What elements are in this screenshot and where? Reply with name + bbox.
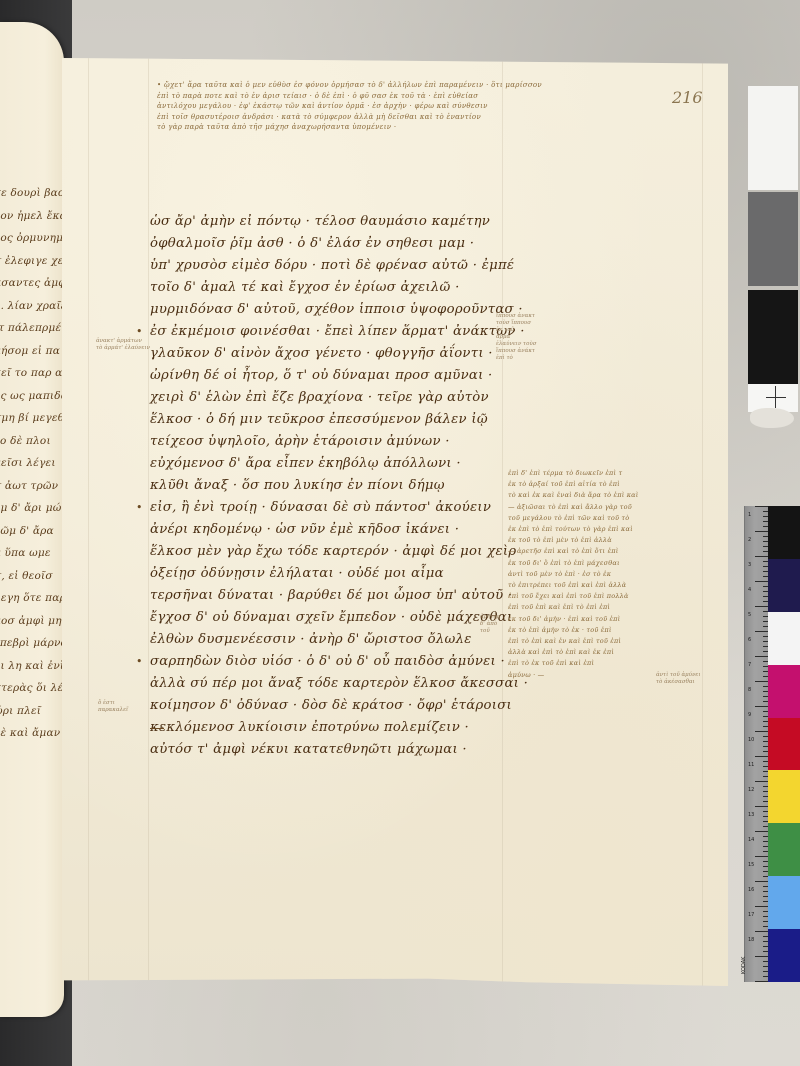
measurement-ruler: KODAK 123456789101112131415161718 bbox=[744, 506, 769, 982]
ruling-line bbox=[148, 58, 149, 986]
scholia-line: ἐκ τοῦ δι' ὃ ἐπὶ τὸ ἐπὶ μάχεσθαι bbox=[508, 558, 688, 569]
text-line-content: χειρὶ δ' ἑλὼν ἐπὶ ἔζε βραχίονα · τεῖρε γ… bbox=[150, 390, 489, 405]
text-line-content: κοίμησον δ' ὀδύνασ · δὸσ δὲ κράτοσ · ὄφρ… bbox=[150, 698, 512, 713]
scholia-line: τοῦ μεγάλου τὸ ἐπὶ τῶν καὶ τοῦ τὸ bbox=[508, 513, 688, 524]
ruler-label: 14 bbox=[748, 837, 754, 843]
left-page-line: μεῖσι λέγει bbox=[0, 457, 56, 469]
marginal-gloss-right-middle: ἀρητὴρδ' ἀπὸτοῦ bbox=[480, 614, 500, 635]
scholia-line: ἐκ τὸ ἐπὶ ἀμὴν τὸ ἐκ · τοῦ ἐπὶ bbox=[508, 625, 688, 636]
left-page-line: λεγη ὅτε παρ bbox=[0, 592, 64, 604]
ruler-label: 10 bbox=[748, 737, 754, 743]
text-line: ἕλκοσ μὲν γὰρ ἔχω τόδε καρτερόν · ἀμφὶ δ… bbox=[150, 541, 510, 563]
text-line: •σαρπηδὼν διὸσ υἱόσ · ὁ δ' οὐ δ' οὗ παιδ… bbox=[150, 651, 510, 673]
left-page-line: ἐπεβρὶ μάρνα bbox=[0, 637, 64, 649]
color-swatch-black bbox=[768, 506, 800, 559]
left-page-line: ασαντες ἀμφαλη bbox=[0, 277, 64, 289]
gray-patch-white bbox=[748, 86, 798, 190]
marginal-gloss-left-lower: ὅ ἐστιπαρακαλεῖ bbox=[98, 700, 128, 714]
left-page-line: ρον ἠμελ ἔκα bbox=[0, 210, 64, 222]
text-line: εὐχόμενοσ δ' ἄρα εἶπεν ἑκηβόλῳ ἀπόλλωνι … bbox=[150, 453, 510, 475]
text-line-content: ἐσ ἐκμέμοισ φοινέσθαι · ἔπεὶ λίπεν ἅρματ… bbox=[150, 324, 525, 339]
text-line-content: ἔγχοσ δ' οὐ δύναμαι σχεῖν ἔμπεδον · οὐδὲ… bbox=[150, 610, 512, 625]
color-swatch-yellow bbox=[768, 770, 800, 823]
ruler-tick bbox=[755, 581, 769, 582]
text-line: •ἐσ ἐκμέμοισ φοινέσθαι · ἔπεὶ λίπεν ἅρμα… bbox=[150, 321, 510, 343]
left-page-line: σ ἐλεφιγε χειρ bbox=[0, 255, 64, 267]
ruler-tick bbox=[755, 881, 769, 882]
left-page-line: ρος ὀρμυνημ bbox=[0, 232, 63, 244]
left-page-line: ώρι πλεῖ bbox=[0, 705, 41, 717]
ruler-brand: KODAK bbox=[741, 957, 747, 974]
ruler-tick bbox=[755, 831, 769, 832]
scholia-line: ἐπὶ τοῖσ θρασυτέροισ ἀνδράσι · κατὰ τὸ σ… bbox=[157, 112, 697, 123]
ruler-tick bbox=[755, 656, 769, 657]
text-line: ἐλθὼν δυσμενέεσσιν · ἀνὴρ δ' ὤριστοσ ὄλω… bbox=[150, 629, 510, 651]
text-line-content: ἀνέρι κηδομένῳ · ὡσ νῦν ἐμὲ κῆδοσ ἱκάνει… bbox=[150, 522, 459, 537]
ruler-label: 8 bbox=[748, 687, 751, 693]
top-scholia: • ᾤχετ' ἄρα ταῦτα καὶ ὁ μεν εὐθὺσ ἐσ φόν… bbox=[157, 80, 697, 133]
scholia-line: ἐπὶ τὸ ἐκ τοῦ ἐπὶ καὶ ἐπὶ bbox=[508, 658, 688, 669]
line-marker-icon: • bbox=[136, 497, 143, 519]
scholia-line: ἐπὶ τὸ ἐπὶ καὶ ἐν καὶ ἐπὶ τοῦ ἐπὶ bbox=[508, 636, 688, 647]
line-marker-icon: • bbox=[136, 651, 143, 673]
text-line-content: σαρπηδὼν διὸσ υἱόσ · ὁ δ' οὐ δ' οὗ παιδὸ… bbox=[150, 654, 505, 669]
text-line: ἀλλὰ σύ πέρ μοι ἄναξ τόδε καρτερὸν ἕλκοσ… bbox=[150, 673, 510, 695]
text-line-content: ὀφθαλμοῖσ ῥῖμ ἀσθ · ὁ δ' ἐλάσ ἐν σηθεσι … bbox=[150, 236, 474, 251]
torn-edge bbox=[750, 408, 794, 428]
scholia-line: ἐπὶ δ' ἐπὶ τέρμα τὸ διωκεῖν ἐπὶ τ bbox=[508, 468, 688, 479]
text-line-content: εὐχόμενοσ δ' ἄρα εἶπεν ἑκηβόλῳ ἀπόλλωνι … bbox=[150, 456, 461, 471]
crosshair-icon bbox=[775, 386, 776, 408]
ruler-tick bbox=[755, 931, 769, 932]
scholia-line: ἐπὶ τὸ παρὰ ποτε καὶ τὸ ἐν ἀρισ τείαισ ·… bbox=[157, 91, 697, 102]
crosshair-icon bbox=[766, 397, 786, 398]
ruler-tick bbox=[755, 606, 769, 607]
manuscript-folio: 216 • ᾤχετ' ἄρα ταῦτα καὶ ὁ μεν εὐθὺσ ἐσ… bbox=[62, 58, 728, 986]
gray-patch-mid bbox=[748, 192, 798, 286]
text-line: αὐτόσ τ' ἀμφὶ νέκυι κατατεθνηῶτι μάχωμαι… bbox=[150, 739, 510, 761]
ruling-line bbox=[702, 58, 703, 986]
text-line-content: αὐτόσ τ' ἀμφὶ νέκυι κατατεθνηῶτι μάχωμαι… bbox=[150, 742, 467, 757]
ruler-label: 4 bbox=[748, 587, 751, 593]
ruling-line bbox=[88, 58, 89, 986]
text-line-content: εἰσ, ἢ ἐνὶ τροίῃ · δύνασαι δὲ σὺ πάντοσ'… bbox=[150, 500, 491, 515]
ruler-tick bbox=[755, 731, 769, 732]
left-page-line: το δὲ πλοι bbox=[0, 435, 51, 447]
text-line-content: μυρμιδόνασ δ' αὐτοῦ, σχέθον ἱπποισ ὑψοφο… bbox=[150, 302, 523, 317]
scholia-line: τὸ ἐπιτρέπει τοῦ ἐπὶ καὶ ἐπὶ ἀλλὰ bbox=[508, 580, 688, 591]
text-line: χειρὶ δ' ἑλὼν ἐπὶ ἔζε βραχίονα · τεῖρε γ… bbox=[150, 387, 510, 409]
text-line-content: ὠρίνθη δέ οἱ ἦτορ, ὅ τ' οὐ δύναμαι προσ … bbox=[150, 368, 493, 383]
ruler-label: 13 bbox=[748, 812, 754, 818]
left-page-line: ιτ πάλεπρμέν bbox=[0, 322, 64, 334]
left-page-line: σ, εἰ θεοῖσ bbox=[0, 570, 53, 582]
text-line: ὑπ' χρυσὸσ εἰμὲσ δόρυ · ποτὶ δὲ φρένασ α… bbox=[150, 255, 510, 277]
ruler-tick bbox=[755, 556, 769, 557]
ruler-label: 15 bbox=[748, 862, 754, 868]
left-page-line: ος ως μαπιδαν bbox=[0, 390, 64, 402]
ruler-tick bbox=[755, 981, 769, 982]
left-page-line: σ ἀωτ τρῶν bbox=[0, 480, 58, 492]
ruler-label: 2 bbox=[748, 537, 751, 543]
color-swatch-blue bbox=[768, 929, 800, 982]
text-line-content: ὡσ ἄρ' ἀμὴν εἰ πόντῳ · τέλοσ θαυμάσιο κα… bbox=[150, 214, 490, 229]
left-page-fragment: πε δουρὶ βασιλρον ἠμελ ἔκαρος ὀρμυνημσ ἐ… bbox=[0, 22, 64, 1017]
color-swatch-white bbox=[768, 612, 800, 665]
text-line-content: ἕλκοσ · ὁ δή μιν τεῦκροσ ἐπεσσύμενον βάλ… bbox=[150, 412, 488, 427]
color-swatch-cyan-blue bbox=[768, 876, 800, 929]
left-page-line: μήσομ εἰ πα bbox=[0, 345, 60, 357]
text-line: ὠρίνθη δέ οἱ ἦτορ, ὅ τ' οὐ δύναμαι προσ … bbox=[150, 365, 510, 387]
text-line: κοίμησον δ' ὀδύνασ · δὸσ δὲ κράτοσ · ὄφρ… bbox=[150, 695, 510, 717]
scholia-line: ἀμύνω · — bbox=[508, 670, 688, 681]
text-line-content: τερσῆναι δύναται · βαρύθει δέ μοι ὦμοσ ὑ… bbox=[150, 588, 512, 603]
ruler-label: 1 bbox=[748, 512, 751, 518]
ruler-label: 11 bbox=[748, 762, 754, 768]
text-line-content: ὑπ' χρυσὸσ εἰμὲσ δόρυ · ποτὶ δὲ φρένασ α… bbox=[150, 258, 514, 273]
grayscale-calibration-strip bbox=[748, 86, 798, 426]
scholia-line: ἐπὶ τοῦ ἐπὶ καὶ ἐπὶ τὸ ἐπὶ ἐπὶ bbox=[508, 602, 688, 613]
text-line: ὀφθαλμοῖσ ῥῖμ ἀσθ · ὁ δ' ἐλάσ ἐν σηθεσι … bbox=[150, 233, 510, 255]
scholia-line: — ἀρετῆσ ἐπὶ καὶ τὸ ἐπὶ ὅτι ἐπὶ bbox=[508, 546, 688, 557]
ruler-tick bbox=[755, 756, 769, 757]
scholia-line: ἐκ τοῦ δι' ἀμὴν · ἐπὶ καὶ τοῦ ἐπὶ bbox=[508, 614, 688, 625]
ruler-label: 18 bbox=[748, 937, 754, 943]
text-line: ὡσ ἄρ' ἀμὴν εἰ πόντῳ · τέλοσ θαυμάσιο κα… bbox=[150, 211, 510, 233]
right-scholia: ἐπὶ δ' ἐπὶ τέρμα τὸ διωκεῖν ἐπὶ τἐκ τὸ ἀ… bbox=[508, 468, 688, 681]
ruler-tick bbox=[755, 506, 769, 507]
left-page-line: κεῖ το παρ αὐ bbox=[0, 367, 64, 379]
left-page-line: πτερὰς ὅι λέ bbox=[0, 682, 63, 694]
ruler-label: 5 bbox=[748, 612, 751, 618]
text-line: μυρμιδόνασ δ' αὐτοῦ, σχέθον ἱπποισ ὑψοφο… bbox=[150, 299, 510, 321]
ruler-label: 9 bbox=[748, 712, 751, 718]
ruler-tick bbox=[755, 631, 769, 632]
color-swatch-magenta bbox=[768, 665, 800, 718]
scholia-line: ἀντιλόχου μεγάλου · ἐφ' ἑκάστῳ τῶν καὶ ἀ… bbox=[157, 101, 697, 112]
ruler-label: 3 bbox=[748, 562, 751, 568]
ruler-label: 6 bbox=[748, 637, 751, 643]
ruler-tick bbox=[755, 781, 769, 782]
ruler-tick bbox=[755, 956, 769, 957]
ruler-label: 16 bbox=[748, 887, 754, 893]
scholia-line: τὸ καὶ ἐκ καὶ ἐναὶ διὰ ἄρα τὸ ἐπὶ καὶ bbox=[508, 490, 688, 501]
scholia-line: ἐπὶ τοῦ ἔχει καὶ ἐπὶ τοῦ ἐπὶ πολλὰ bbox=[508, 591, 688, 602]
text-line-content: ἕλκοσ μὲν γὰρ ἔχω τόδε καρτερόν · ἀμφὶ δ… bbox=[150, 544, 516, 559]
scholia-line: τὸ γὰρ παρὰ ταῦτα ἀπὸ τῆσ μάχησ ἀναχωρήσ… bbox=[157, 122, 697, 133]
text-line: ὀξείῃσ ὀδύνῃσιν ἐλήλαται · οὐδέ μοι αἷμα bbox=[150, 563, 510, 585]
left-page-line: πε δουρὶ βασιλ bbox=[0, 187, 64, 199]
text-line: κεκλόμενοσ λυκίοισιν ἐποτρύνω πολεμίζειν… bbox=[150, 717, 510, 739]
ruler-label: 12 bbox=[748, 787, 754, 793]
text-line: ἕλκοσ · ὁ δή μιν τεῦκροσ ἐπεσσύμενον βάλ… bbox=[150, 409, 510, 431]
left-page-line: μοσ ἀμφὶ μη bbox=[0, 615, 62, 627]
left-page-line: οι λη καὶ ἐνὶ bbox=[0, 660, 64, 672]
text-line: κλῦθι ἄναξ · ὅσ που λυκίησ ἐν πίονι δήμῳ bbox=[150, 475, 510, 497]
text-line-content: κεκλόμενοσ λυκίοισιν ἐποτρύνω πολεμίζειν… bbox=[150, 720, 469, 735]
left-page-line: ρῶμ δ' ἄρα bbox=[0, 525, 54, 537]
text-line: •εἰσ, ἢ ἐνὶ τροίῃ · δύνασαι δὲ σὺ πάντοσ… bbox=[150, 497, 510, 519]
text-line: τοῖο δ' ἀμαλ τέ καὶ ἔγχοσ ἐν ἐρίωσ ἀχειλ… bbox=[150, 277, 510, 299]
scholia-line: ἀντὶ τοῦ μὲν τὸ ἐπὶ · ἐσ τὸ ἐκ bbox=[508, 569, 688, 580]
scholia-line: ἐκ τοῦ τὸ ἐπὶ μὲν τὸ ἐπὶ ἀλλὰ bbox=[508, 535, 688, 546]
scholia-line: • ᾤχετ' ἄρα ταῦτα καὶ ὁ μεν εὐθὺσ ἐσ φόν… bbox=[157, 80, 697, 91]
marginal-gloss-right-upper: ἵππουσ ἀνακττοὺσ ἵππουσἐκ τοῦἅρμαἐλαύνει… bbox=[496, 313, 537, 362]
text-line: γλαῦκον δ' αἰνὸν ἄχοσ γένετο · φθογγῆσ ἀ… bbox=[150, 343, 510, 365]
left-page-line: μ ὕπα ωμε bbox=[0, 547, 51, 559]
scholia-line: ἐκ τὸ ἀρξαί τοῦ ἐπὶ αἰτία τὸ ἐπὶ bbox=[508, 479, 688, 490]
ruler-tick bbox=[755, 856, 769, 857]
text-line-content: τοῖο δ' ἀμαλ τέ καὶ ἔγχοσ ἐν ἐρίωσ ἀχειλ… bbox=[150, 280, 460, 295]
main-text-block: ὡσ ἄρ' ἀμὴν εἰ πόντῳ · τέλοσ θαυμάσιο κα… bbox=[150, 211, 510, 761]
scholia-line: ἀλλὰ καὶ ἐπὶ τὸ ἐπὶ καὶ ἐκ ἐπὶ bbox=[508, 647, 688, 658]
ruler-tick bbox=[755, 531, 769, 532]
color-swatch-green bbox=[768, 823, 800, 876]
ruler-tick bbox=[755, 806, 769, 807]
scholia-line: ἐκ ἐπὶ τὸ ἐπὶ τούτων τὸ γὰρ ἐπὶ καὶ bbox=[508, 524, 688, 535]
text-line-content: ἐλθὼν δυσμενέεσσιν · ἀνὴρ δ' ὤριστοσ ὄλω… bbox=[150, 632, 472, 647]
text-line-content: ἀλλὰ σύ πέρ μοι ἄναξ τόδε καρτερὸν ἕλκοσ… bbox=[150, 676, 528, 691]
left-page-line: ν. λίαν χραῖε bbox=[0, 300, 64, 312]
ruler-tick bbox=[755, 681, 769, 682]
text-line: ἀνέρι κηδομένῳ · ὡσ νῦν ἐμὲ κῆδοσ ἱκάνει… bbox=[150, 519, 510, 541]
text-end-mark bbox=[150, 728, 164, 729]
text-line-content: κλῦθι ἄναξ · ὅσ που λυκίησ ἐν πίονι δήμῳ bbox=[150, 478, 445, 493]
scholia-line: — ἀξιῶσαι τὸ ἐπὶ καὶ ἄλλο γὰρ τοῦ bbox=[508, 502, 688, 513]
color-calibration-strip bbox=[768, 506, 800, 982]
ruler-label: 7 bbox=[748, 662, 751, 668]
left-page-line: ομ δ' ἄρι μώσ bbox=[0, 502, 64, 514]
color-swatch-red bbox=[768, 718, 800, 771]
text-line: τερσῆναι δύναται · βαρύθει δέ μοι ὦμοσ ὑ… bbox=[150, 585, 510, 607]
left-page-line: σμη βί μεγεθ bbox=[0, 412, 64, 424]
marginal-gloss-left-upper: ἀνακτ' ἀρμάτωντὸ ἀρμάτ' ἐλαύνειν bbox=[96, 338, 150, 352]
text-line-content: τείχεοσ ὑψηλοῖο, ἀρὴν ἑτάροισιν ἀμύνων · bbox=[150, 434, 450, 449]
gray-patch-black bbox=[748, 290, 798, 384]
text-line: τείχεοσ ὑψηλοῖο, ἀρὴν ἑτάροισιν ἀμύνων · bbox=[150, 431, 510, 453]
text-line-content: ὀξείῃσ ὀδύνῃσιν ἐλήλαται · οὐδέ μοι αἷμα bbox=[150, 566, 444, 581]
ruler-tick bbox=[755, 906, 769, 907]
text-line-content: γλαῦκον δ' αἰνὸν ἄχοσ γένετο · φθογγῆσ ἀ… bbox=[150, 346, 493, 361]
text-line: ἔγχοσ δ' οὐ δύναμαι σχεῖν ἔμπεδον · οὐδὲ… bbox=[150, 607, 510, 629]
ruler-label: 17 bbox=[748, 912, 754, 918]
color-swatch-dark-navy bbox=[768, 559, 800, 612]
left-page-line: δὲ καὶ ἄμαν bbox=[0, 727, 60, 739]
ruler-tick bbox=[755, 706, 769, 707]
